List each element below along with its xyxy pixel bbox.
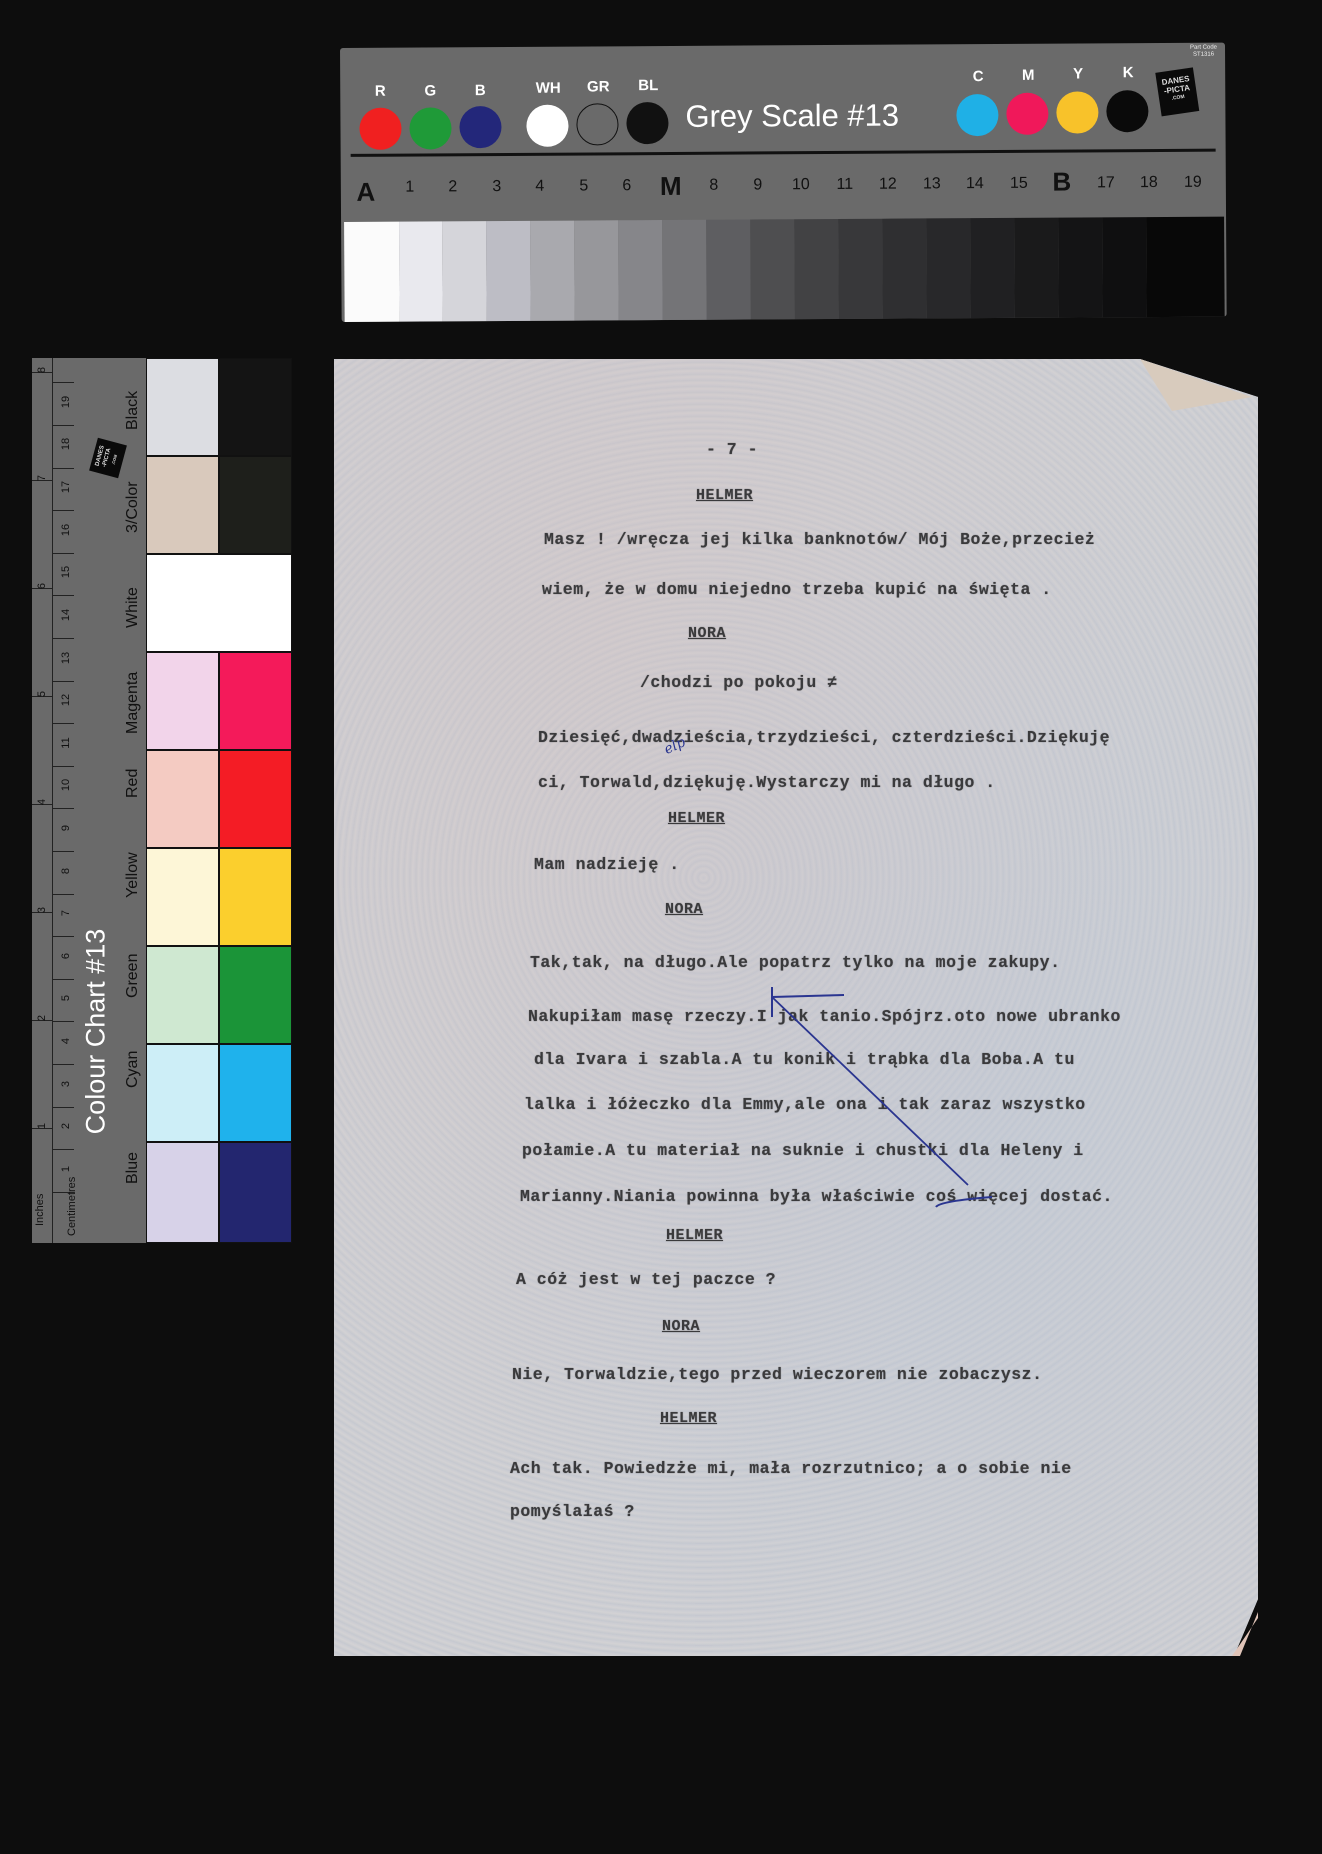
scale-label: 1 xyxy=(390,178,430,196)
speaker-heading: NORA xyxy=(665,901,703,918)
scale-label: B xyxy=(1042,166,1082,197)
cm-number: 10 xyxy=(60,775,72,795)
grey-strip xyxy=(486,221,531,321)
swatch-blue-light xyxy=(146,1142,219,1243)
grey-strip xyxy=(1102,217,1147,317)
grey-strip xyxy=(794,219,839,319)
grey-strip xyxy=(926,218,971,318)
dialogue-line: wiem, że w domu niejedno trzeba kupić na… xyxy=(542,580,1052,599)
cm-tick xyxy=(52,595,74,596)
cm-tick xyxy=(52,723,74,724)
magenta-patch xyxy=(1006,93,1048,135)
grey-strip xyxy=(530,221,575,321)
swatch-yellow-light xyxy=(146,848,219,946)
cm-number: 14 xyxy=(60,605,72,625)
row-label-3color: 3/Color xyxy=(124,481,142,533)
scale-label: 14 xyxy=(955,175,995,193)
cm-tick xyxy=(52,638,74,639)
swatch-cyan-light xyxy=(146,1044,219,1142)
cm-tick xyxy=(52,382,74,383)
patch-label-gr: GR xyxy=(576,78,620,95)
inch-number: 1 xyxy=(36,1116,48,1136)
yellow-patch xyxy=(1056,91,1098,133)
patch-label-bl: BL xyxy=(626,77,670,94)
cm-number: 4 xyxy=(60,1031,72,1051)
ruler-divider xyxy=(52,358,53,1243)
white-patch xyxy=(526,105,568,147)
patch-label-wh: WH xyxy=(526,80,570,97)
patch-label-r: R xyxy=(358,83,402,100)
cm-tick xyxy=(52,979,74,980)
cm-number: 3 xyxy=(60,1074,72,1094)
scale-label: 19 xyxy=(1173,174,1213,192)
cm-tick xyxy=(52,1149,74,1150)
ruler: 19 18 17 16 15 14 13 12 11 10 9 8 7 6 5 … xyxy=(32,358,146,1243)
grey-strip xyxy=(706,219,751,319)
swatch-3color-light xyxy=(146,456,219,554)
speaker-heading: HELMER xyxy=(666,1227,723,1244)
scale-label: 3 xyxy=(477,178,517,196)
page-number: - 7 - xyxy=(706,440,758,459)
grey-strip xyxy=(344,222,400,322)
cm-tick xyxy=(52,425,74,426)
row-label-blue: Blue xyxy=(124,1152,142,1184)
cm-tick xyxy=(52,1021,74,1022)
cm-number: 15 xyxy=(60,562,72,582)
grey-strip xyxy=(662,220,707,320)
scale-label: 2 xyxy=(433,178,473,196)
cm-number: 13 xyxy=(60,648,72,668)
grey-strip xyxy=(882,218,927,318)
cyan-patch xyxy=(956,94,998,136)
inch-number: 4 xyxy=(36,792,48,812)
grey-strip xyxy=(618,220,663,320)
scale-label: 17 xyxy=(1086,174,1126,192)
cm-tick xyxy=(52,808,74,809)
cm-number: 5 xyxy=(60,988,72,1008)
cm-tick xyxy=(52,851,74,852)
cm-tick xyxy=(52,510,74,511)
grey-patch xyxy=(576,103,618,145)
grey-strip xyxy=(1058,217,1103,317)
row-label-white: White xyxy=(124,587,142,628)
cm-tick xyxy=(52,1064,74,1065)
speaker-heading: HELMER xyxy=(696,487,753,504)
row-label-black: Black xyxy=(124,391,142,430)
dialogue-line: Dziesięć,dwadzieścia,trzydzieści, czterd… xyxy=(538,728,1110,747)
swatch-black-dark xyxy=(219,358,292,456)
scale-label: 4 xyxy=(520,178,560,196)
cm-number: 7 xyxy=(60,903,72,923)
cm-number: 8 xyxy=(60,861,72,881)
cm-tick xyxy=(52,1107,74,1108)
inch-number: 5 xyxy=(36,684,48,704)
part-code-value: ST1316 xyxy=(1190,52,1217,59)
speaker-heading: HELMER xyxy=(668,810,725,827)
row-label-yellow: Yellow xyxy=(124,852,142,898)
green-patch xyxy=(409,107,451,149)
red-patch xyxy=(359,108,401,150)
centimetres-label: Centimetres xyxy=(66,1177,78,1236)
scale-label: 8 xyxy=(694,177,734,195)
danes-picta-logo: DANES -PICTA .COM xyxy=(89,438,127,479)
swatch-white xyxy=(146,554,292,652)
grey-scale-title: Grey Scale #13 xyxy=(685,98,899,135)
black-patch xyxy=(626,102,668,144)
dialogue-line: Ach tak. Powiedzże mi, mała rozrzutnico;… xyxy=(510,1459,1072,1478)
swatch-magenta-light xyxy=(146,652,219,750)
swatch-red-light xyxy=(146,750,219,848)
stage-direction: /chodzi po pokoju ≠ xyxy=(640,673,838,692)
speaker-heading: HELMER xyxy=(660,1410,717,1427)
scale-label: 13 xyxy=(912,175,952,193)
swatch-blue-dark xyxy=(219,1142,292,1243)
colour-chart-card: 19 18 17 16 15 14 13 12 11 10 9 8 7 6 5 … xyxy=(32,358,292,1243)
cm-tick xyxy=(52,766,74,767)
scale-label: 18 xyxy=(1129,174,1169,192)
part-code: Part Code ST1316 xyxy=(1190,45,1217,59)
grey-strip xyxy=(970,218,1015,318)
cm-number: 6 xyxy=(60,946,72,966)
grey-strip xyxy=(574,220,619,320)
dialogue-line: ci, Torwald,dziękuję.Wystarczy mi na dłu… xyxy=(538,773,996,792)
swatch-magenta-dark xyxy=(219,652,292,750)
dialogue-line: Mam nadzieję . xyxy=(534,855,680,874)
row-label-green: Green xyxy=(124,954,142,998)
scale-label: 5 xyxy=(564,177,604,195)
dialogue-line: A cóż jest w tej paczce ? xyxy=(516,1270,776,1289)
grey-strip xyxy=(1146,217,1225,317)
speaker-heading: NORA xyxy=(662,1318,700,1335)
grey-strip xyxy=(442,221,487,321)
cm-number: 16 xyxy=(60,520,72,540)
inches-label: Inches xyxy=(34,1194,46,1226)
inch-number: 3 xyxy=(36,900,48,920)
swatch-green-light xyxy=(146,946,219,1044)
inch-number: 7 xyxy=(36,468,48,488)
divider-line xyxy=(351,149,1216,157)
cm-number: 19 xyxy=(60,392,72,412)
blue-patch xyxy=(459,106,501,148)
patch-label-g: G xyxy=(408,82,452,99)
scale-label: 15 xyxy=(999,175,1039,193)
cm-tick xyxy=(52,894,74,895)
scale-label: 9 xyxy=(738,176,778,194)
patch-label-m: M xyxy=(1006,67,1050,84)
grey-scale-card: Part Code ST1316 R G B WH GR BL C M Y K … xyxy=(340,43,1227,322)
key-black-patch xyxy=(1106,90,1148,132)
cm-tick xyxy=(52,936,74,937)
patch-label-y: Y xyxy=(1056,65,1100,82)
danes-picta-logo: DANES -PICTA .COM xyxy=(1155,67,1199,116)
pen-strike-line xyxy=(760,975,1020,1215)
cm-number: 9 xyxy=(60,818,72,838)
scale-label: 12 xyxy=(868,176,908,194)
row-label-cyan: Cyan xyxy=(124,1051,142,1088)
scale-label: A xyxy=(346,177,386,208)
dialogue-line: Tak,tak, na długo.Ale popatrz tylko na m… xyxy=(530,953,1060,972)
cm-number: 18 xyxy=(60,434,72,454)
inch-number: 2 xyxy=(36,1008,48,1028)
scale-label: M xyxy=(651,171,691,202)
grey-strip xyxy=(750,219,795,319)
dialogue-line: Masz ! /wręcza jej kilka banknotów/ Mój … xyxy=(544,530,1095,549)
cm-number: 17 xyxy=(60,477,72,497)
cm-tick xyxy=(52,553,74,554)
swatch-green-dark xyxy=(219,946,292,1044)
colour-chart-title: Colour Chart #13 xyxy=(81,897,112,1167)
speaker-heading: NORA xyxy=(688,625,726,642)
grey-scale-labels: A 1 2 3 4 5 6 M 8 9 10 11 12 13 14 15 B … xyxy=(341,168,1226,203)
patch-label-k: K xyxy=(1106,64,1150,81)
swatch-cyan-dark xyxy=(219,1044,292,1142)
scale-label: 10 xyxy=(781,176,821,194)
cm-number: 2 xyxy=(60,1116,72,1136)
row-label-magenta: Magenta xyxy=(124,672,142,734)
inch-number: 8 xyxy=(36,360,48,380)
scale-label: 11 xyxy=(825,176,865,194)
grey-strip xyxy=(838,219,883,319)
swatch-3color-dark xyxy=(219,456,292,554)
scale-label: 6 xyxy=(607,177,647,195)
patch-label-b: B xyxy=(458,82,502,99)
swatch-yellow-dark xyxy=(219,848,292,946)
inch-number: 6 xyxy=(36,576,48,596)
dialogue-line: pomyślałaś ? xyxy=(510,1502,635,1521)
grey-strip xyxy=(399,221,443,321)
cm-number: 12 xyxy=(60,690,72,710)
grey-strip xyxy=(1014,218,1059,318)
dialogue-line: Nie, Torwaldzie,tego przed wieczorem nie… xyxy=(512,1365,1042,1384)
cm-number: 11 xyxy=(60,733,72,753)
swatch-red-dark xyxy=(219,750,292,848)
cm-tick xyxy=(52,468,74,469)
swatch-black-light xyxy=(146,358,219,456)
patch-label-c: C xyxy=(956,68,1000,85)
row-label-red: Red xyxy=(124,769,142,798)
cm-tick xyxy=(52,681,74,682)
